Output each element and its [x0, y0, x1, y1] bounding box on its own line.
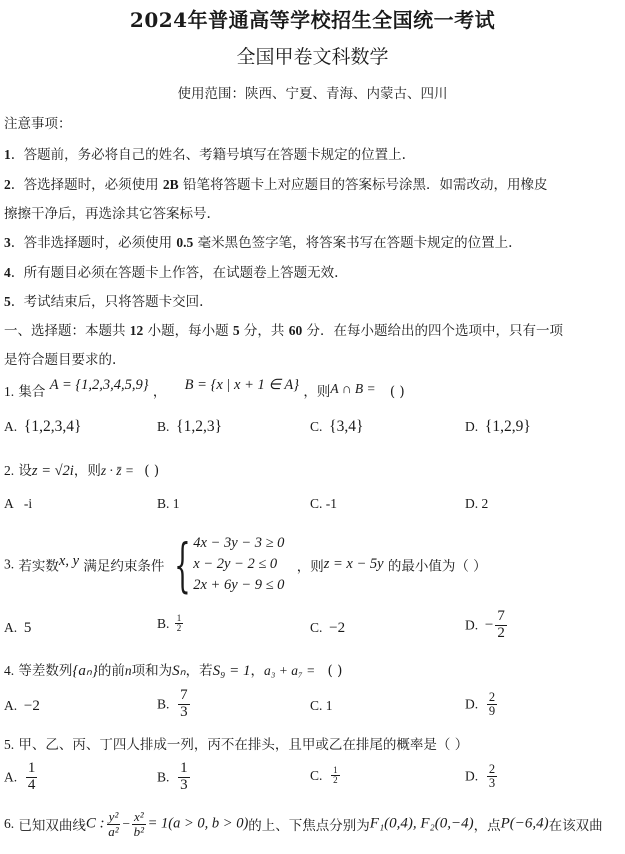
q2-option-b: B. 1 [157, 496, 180, 512]
q1-option-c: C. {3,4} [310, 418, 363, 436]
q3-option-a: A. 5 [4, 620, 31, 637]
section-heading: 一、选择题：本题共 12 小题，每小题 5 分，共 60 分．在每小题给出的四个… [4, 319, 563, 339]
q1-option-a: A. {1,2,3,4} [4, 418, 81, 436]
notice-heading: 注意事项： [4, 112, 72, 132]
q2-option-d: D. 2 [465, 496, 488, 512]
notice-item-2: 2. 答选择题时，必须使用 2B 铅笔将答题卡上对应题目的答案标号涂黑．如需改动… [4, 173, 547, 193]
q4-option-a: A. −2 [4, 698, 40, 715]
q5-option-c: C. 12 [310, 766, 342, 786]
q1-option-d: D. {1,2,9} [465, 418, 531, 436]
q4-option-c: C. 1 [310, 698, 333, 714]
q3-option-c: C. −2 [310, 620, 345, 637]
question-1: 1. 集合 A = {1,2,3,4,5,9} ， B = {x | x + 1… [4, 380, 405, 401]
q5-option-a: A. 14 [4, 761, 39, 794]
set-a: A = {1,2,3,4,5,9} [50, 377, 149, 393]
constraint-system: { 4x − 3y − 3 ≥ 0 x − 2y − 2 ≤ 0 2x + 6y… [164, 533, 284, 596]
q2-option-c: C. -1 [310, 496, 337, 512]
q4-option-d: D. 29 [465, 691, 499, 718]
notice-item-5: 5. 考试结束后，只将答题卡交回. [4, 290, 203, 310]
q3-option-d: D. −72 [465, 609, 509, 642]
section-heading-cont: 是符合题目要求的. [4, 348, 116, 368]
notice-number: 1 [4, 147, 11, 162]
question-5: 5. 甲、乙、丙、丁四人排成一列，丙不在排头，且甲或乙在排尾的概率是（ ） [4, 733, 468, 753]
notice-item-4: 4. 所有题目必须在答题卡上作答，在试题卷上答题无效. [4, 261, 338, 281]
q3-option-b: B. 12 [157, 614, 185, 634]
q1-option-b: B. {1,2,3} [157, 418, 222, 436]
question-4: 4. 等差数列{aₙ}的前n项和为Sₙ，若S₉ = 1，a₃ + a₇ = ( … [4, 659, 342, 680]
exam-subtitle: 全国甲卷文科数学 [0, 42, 625, 69]
q4-option-b: B. 73 [157, 688, 192, 721]
left-brace-icon: { [174, 536, 191, 594]
q5-option-d: D. 23 [465, 763, 499, 790]
question-6: 6. 已知双曲线C :y²a²−x²b²= 1(a > 0, b > 0)的上、… [4, 810, 603, 838]
notice-item-1: 1. 答题前，务必将自己的姓名、考籍号填写在答题卡规定的位置上. [4, 143, 406, 163]
q5-option-b: B. 13 [157, 761, 192, 794]
set-b: B = {x | x + 1 ∈ A} [185, 377, 299, 393]
exam-title: 2024年普通高等学校招生全国统一考试 [0, 4, 625, 33]
question-2: 2. 设z = √2i，则z · z̄ = ( ) [4, 459, 159, 480]
question-3: 3. 若实数x, y 满足约束条件 { 4x − 3y − 3 ≥ 0 x − … [4, 533, 487, 596]
q2-option-a: A -i [4, 496, 32, 512]
notice-item-2-cont: 擦擦干净后，再选涂其它答案标号. [4, 202, 211, 222]
notice-item-3: 3. 答非选择题时，必须使用 0.5 毫米黑色签字笔，将答案书写在答题卡规定的位… [4, 231, 512, 251]
usage-scope: 使用范围：陕西、宁夏、青海、内蒙古、四川 [0, 82, 625, 102]
